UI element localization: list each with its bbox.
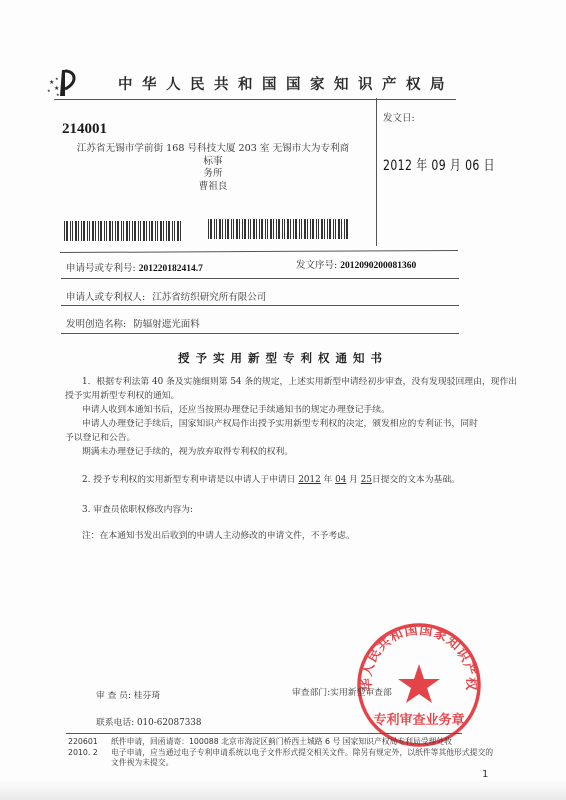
address-line-1: 江苏省无锡市学前街 168 号科技大厦 203 室 无锡市大为专利商标事 — [72, 143, 354, 168]
org-title: 中华人民共和国国家知识产权局 — [118, 73, 454, 94]
application-number-value: 201220182414.7 — [139, 264, 203, 274]
note: 注：在本通知书发出后收到的申请人主动修改的申请文件，不予考虑。 — [82, 529, 355, 543]
cnipa-logo-icon: ★ ★ ★ ★ ★ — [46, 68, 82, 98]
document-serial: 发文序号: 2012090200081360 — [296, 257, 416, 271]
decision-paragraph-line-1: 申请人办理登记手续后，国家知识产权局作出授予实用新型专利权的决定，颁发相应的专利… — [82, 417, 478, 431]
examiner-name: 桂芬琦 — [134, 691, 160, 701]
month-unit: 月 — [349, 475, 358, 485]
footer-line-2: 电子申请，应当通过电子专利申请系统以电子文件形式提交相关文件。除另有规定外，以纸… — [111, 748, 471, 759]
scan-edge-shadow — [0, 780, 566, 800]
form-number: 220601 — [68, 737, 98, 748]
application-number-label: 申请号或专利号: — [66, 263, 136, 274]
footer-divider — [66, 733, 462, 734]
issue-date-label: 发文日: — [383, 110, 415, 124]
applicant-label: 申请人或专利权人: — [66, 292, 145, 303]
invention-title: 发明创造名称: 防辐射遮光面料 — [66, 316, 200, 330]
decision-paragraph-line-2: 予以登记和公告。 — [65, 431, 135, 445]
contact-phone: 联系电话: 010-62087338 — [96, 716, 202, 730]
application-number: 申请号或专利号: 201220182414.7 — [66, 260, 203, 274]
department-value: 实用新型审查部 — [330, 688, 392, 698]
address-line-2: 务所 — [72, 168, 354, 181]
recipient-address: 江苏省无锡市学前街 168 号科技大厦 203 室 无锡市大为专利商标事 务所 … — [72, 143, 354, 193]
filing-month: 04 — [335, 475, 346, 485]
clause-2-suffix: 日提交的文本为基础。 — [372, 475, 460, 485]
barcode-2 — [208, 219, 350, 239]
form-version: 2010. 2 — [68, 748, 98, 759]
footer-line-3: 文件视为未提交。 — [111, 758, 471, 769]
examiner: 审 查 员: 桂芬琦 — [96, 689, 160, 703]
department-label: 审查部门: — [292, 688, 330, 698]
clause-2: 2. 授予专利权的实用新型专利申请是以申请人于申请日 2012 年 04 月 2… — [82, 473, 460, 487]
examiner-label: 审 查 员: — [96, 691, 131, 701]
applicant: 申请人或专利权人: 江苏省纺织研究所有限公司 — [66, 289, 266, 303]
expiry-paragraph: 期满未办理登记手续的，视为放弃取得专利权的权利。 — [82, 445, 293, 459]
barcode-divider — [60, 250, 458, 253]
form-code: 220601 2010. 2 — [68, 737, 98, 758]
clause-1-line-2: 授予实用新型专利权的通知。 — [65, 389, 179, 403]
clause-1-line-1: 1．根据专利法第 40 条及实施细则第 54 条的规定，上述实用新型申请经初步审… — [82, 375, 517, 389]
svg-text:★: ★ — [54, 85, 59, 92]
phone-value: 010-62087338 — [137, 718, 202, 728]
postcode: 214001 — [62, 121, 107, 138]
footer-instructions: 纸件申请，回函请寄：100088 北京市海淀区蓟门桥西土城路 6 号 国家知识产… — [111, 737, 471, 769]
header-divider — [54, 99, 456, 100]
filing-day: 25 — [361, 475, 372, 485]
footer-line-1: 纸件申请，回函请寄：100088 北京市海淀区蓟门桥西土城路 6 号 国家知识产… — [111, 737, 471, 748]
clause-3: 3. 审查员依职权修改内容为: — [82, 503, 193, 517]
phone-label: 联系电话: — [96, 718, 134, 728]
issue-date: 2012 年 09 月 06 日 — [383, 155, 495, 175]
document-serial-label: 发文序号: — [296, 260, 337, 271]
invention-title-label: 发明创造名称: — [66, 319, 126, 330]
svg-text:专利审查业务章: 专利审查业务章 — [373, 712, 464, 728]
official-seal: 中华人民共和国国家知识产权局 专利审查业务章 — [354, 620, 484, 750]
year-unit: 年 — [324, 475, 333, 485]
clause-2-prefix: 2. 授予专利权的实用新型专利申请是以申请人于申请日 — [82, 475, 296, 485]
applicant-value: 江苏省纺织研究所有限公司 — [152, 292, 266, 303]
invention-title-value: 防辐射遮光面料 — [133, 319, 200, 330]
notice-title: 授予实用新型专利权通知书 — [0, 350, 566, 366]
registration-paragraph: 申请人收到本通知书后，还应当按照办理登记手续通知书的规定办理登记手续。 — [82, 403, 390, 417]
barcode-1 — [64, 221, 184, 241]
contact-name: 曹祖良 — [72, 181, 354, 194]
svg-text:★: ★ — [56, 92, 60, 97]
filing-year: 2012 — [298, 475, 320, 485]
field-divider-2 — [61, 305, 459, 306]
department: 审查部门:实用新型审查部 — [292, 686, 392, 700]
svg-text:★: ★ — [55, 76, 59, 81]
date-box-divider — [376, 98, 377, 246]
field-divider-3 — [61, 333, 459, 334]
svg-text:★: ★ — [47, 88, 51, 93]
field-divider-1 — [61, 278, 459, 279]
document-serial-value: 2012090200081360 — [340, 261, 416, 271]
